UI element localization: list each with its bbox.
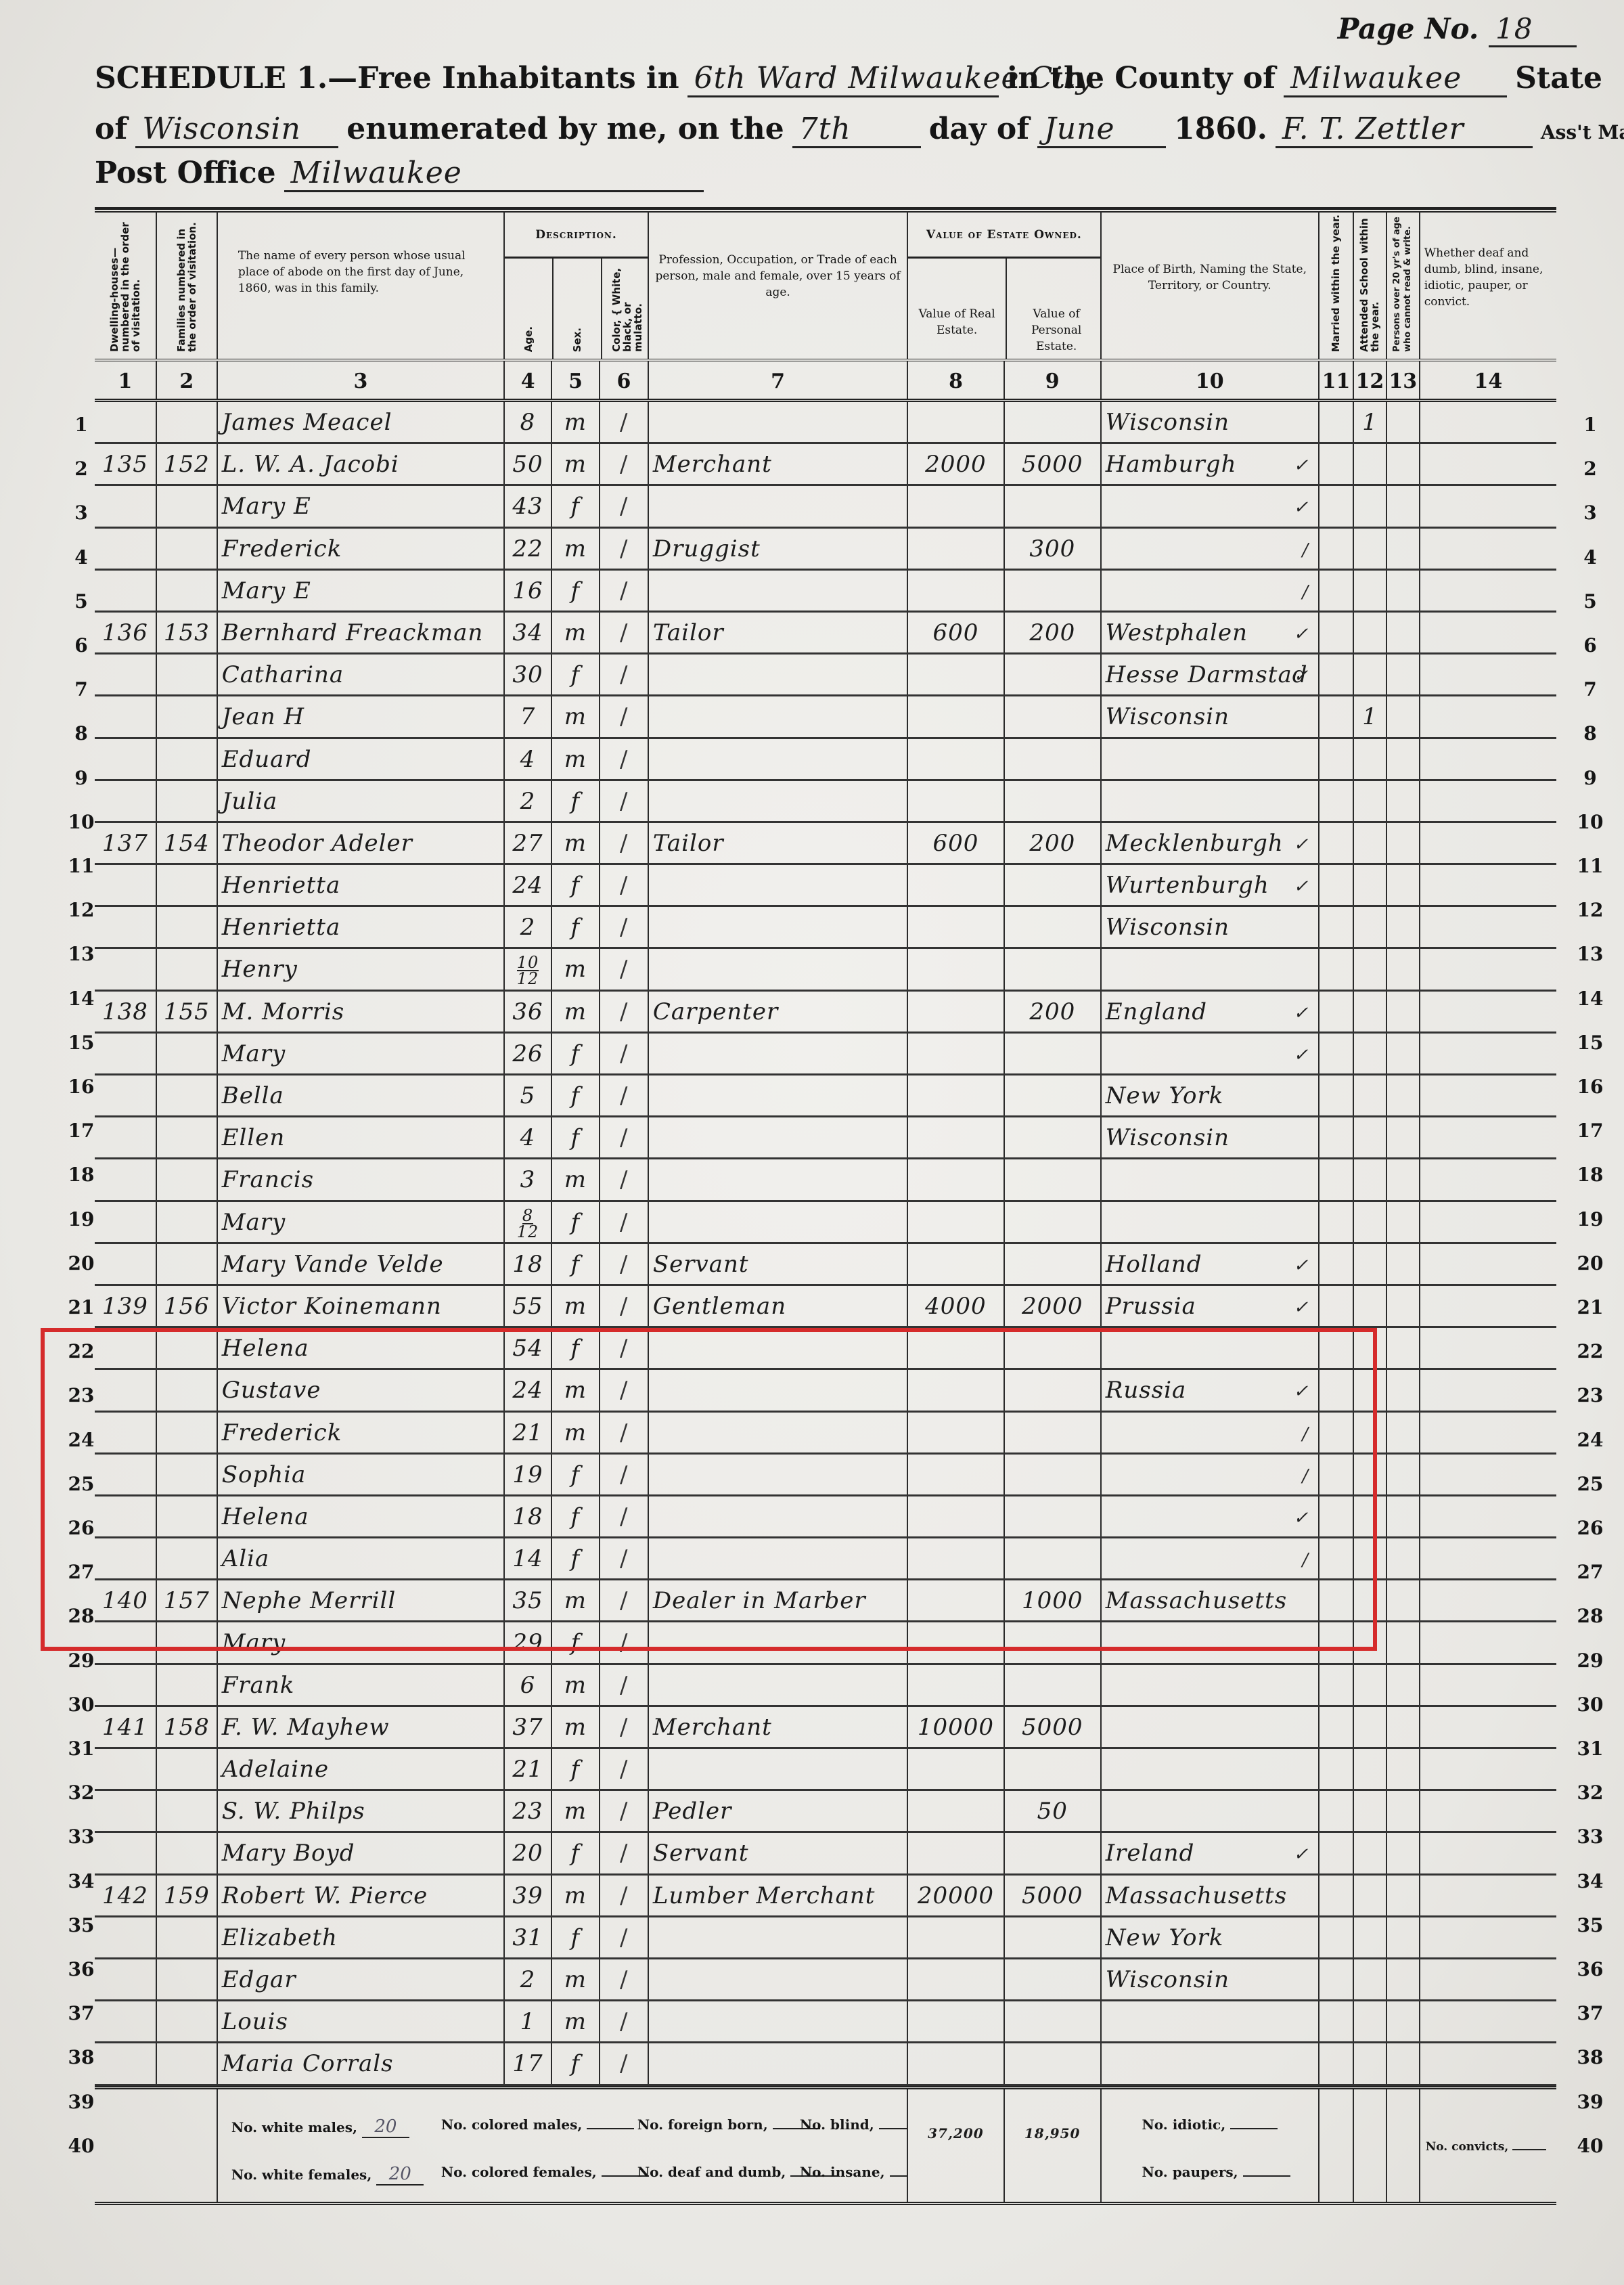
- personal-estate-value: 200: [1005, 992, 1102, 1031]
- personal-estate-value: [1005, 1455, 1102, 1494]
- married-within-year: [1319, 1917, 1354, 1957]
- checkmark-icon: ✓: [1294, 1498, 1309, 1536]
- cannot-read-write: [1387, 1876, 1420, 1915]
- col-header-1: Dwelling-houses— numbered in the order o…: [95, 211, 157, 359]
- birthplace: Mecklenburgh✓: [1102, 823, 1320, 863]
- cannot-read-write: [1387, 1117, 1420, 1157]
- color: /: [600, 1707, 649, 1747]
- tally-insane-label: No. insane,: [800, 2164, 885, 2180]
- color: /: [600, 2043, 649, 2083]
- real-estate-value: 10000: [908, 1707, 1005, 1747]
- cannot-read-write: [1387, 1665, 1420, 1705]
- line-number: 2: [1570, 458, 1610, 480]
- cannot-read-write: [1387, 1833, 1420, 1873]
- line-number: 7: [1570, 678, 1610, 701]
- line-number: 31: [61, 1737, 101, 1760]
- married-within-year: [1319, 949, 1354, 989]
- family-number: 158: [157, 1707, 218, 1747]
- column-number: 4: [505, 361, 552, 399]
- disability: [1420, 949, 1556, 989]
- col-header-5: Sex.: [554, 259, 602, 359]
- col-header-8: Value of Real Estate.: [908, 259, 1007, 359]
- disability: [1420, 1328, 1556, 1368]
- family-number: [157, 1034, 218, 1073]
- disability: [1420, 992, 1556, 1031]
- occupation: [649, 1455, 908, 1494]
- attended-school: [1354, 865, 1387, 905]
- col-header-3: The name of every person whose usual pla…: [218, 211, 505, 359]
- sex: f: [552, 1202, 600, 1242]
- tally-white-females: No. white females, 20: [231, 2164, 424, 2186]
- birthplace: [1102, 2001, 1320, 2041]
- color: /: [600, 781, 649, 821]
- cannot-read-write: [1387, 865, 1420, 905]
- dwelling-number: [95, 696, 157, 736]
- line-number: 12: [1570, 899, 1610, 921]
- color: /: [600, 1791, 649, 1831]
- line-number: 32: [1570, 1781, 1610, 1804]
- personal-estate-value: [1005, 1959, 1102, 1999]
- age: 27: [505, 823, 552, 863]
- age: 24: [505, 1370, 552, 1410]
- tally-deaf-dumb-label: No. deaf and dumb,: [637, 2164, 786, 2180]
- col-header-10: Place of Birth, Naming the State, Territ…: [1102, 211, 1320, 359]
- checkmark-icon: ✓: [1294, 445, 1309, 484]
- real-estate-value: 600: [908, 823, 1005, 863]
- sex: f: [552, 1622, 600, 1662]
- personal-estate-value: [1005, 1665, 1102, 1705]
- attended-school: [1354, 1159, 1387, 1199]
- disability: [1420, 1244, 1556, 1284]
- personal-estate-value: 1000: [1005, 1580, 1102, 1620]
- color: /: [600, 1413, 649, 1452]
- sex: m: [552, 1286, 600, 1326]
- disability: [1420, 1413, 1556, 1452]
- birthplace: Wurtenburgh✓: [1102, 865, 1320, 905]
- real-estate-value: [908, 1665, 1005, 1705]
- age: 35: [505, 1580, 552, 1620]
- age: 812: [505, 1202, 552, 1242]
- birthplace: /: [1102, 1538, 1320, 1578]
- dwelling-number: [95, 1455, 157, 1494]
- county-value: Milwaukee: [1284, 61, 1507, 97]
- cannot-read-write: [1387, 1580, 1420, 1620]
- family-number: [157, 486, 218, 526]
- table-row: 138155M. Morris36m/Carpenter200England✓: [95, 992, 1556, 1034]
- footer-col-11: [1319, 2089, 1354, 2202]
- table-row: Mary Vande Velde18f/ServantHolland✓: [95, 1244, 1556, 1286]
- line-number: 37: [1570, 2002, 1610, 2024]
- line-number: 23: [1570, 1384, 1610, 1406]
- disability: [1420, 739, 1556, 779]
- disability: [1420, 2001, 1556, 2041]
- color: /: [600, 907, 649, 947]
- tally-blind-label: No. blind,: [800, 2116, 874, 2133]
- married-within-year: [1319, 2043, 1354, 2083]
- occupation: [649, 696, 908, 736]
- tally-colored-females: No. colored females,: [441, 2164, 649, 2180]
- birthplace: Massachusetts: [1102, 1580, 1320, 1620]
- attended-school: [1354, 1791, 1387, 1831]
- attended-school: [1354, 1328, 1387, 1368]
- census-page: Page No. 18 SCHEDULE 1.—Free Inhabitants…: [0, 0, 1624, 2285]
- sex: f: [552, 1244, 600, 1284]
- person-name: Victor Koinemann: [218, 1286, 505, 1326]
- married-within-year: [1319, 1370, 1354, 1410]
- family-number: [157, 865, 218, 905]
- table-row: S. W. Philps23m/Pedler50: [95, 1791, 1556, 1833]
- person-name: Alia: [218, 1538, 505, 1578]
- age-fraction: 1012: [517, 955, 539, 986]
- person-name: Helena: [218, 1328, 505, 1368]
- line-number: 11: [61, 855, 101, 877]
- married-within-year: [1319, 1244, 1354, 1284]
- sex: m: [552, 1413, 600, 1452]
- personal-estate-value: 5000: [1005, 1876, 1102, 1915]
- family-number: [157, 1791, 218, 1831]
- real-estate-value: [908, 992, 1005, 1031]
- occupation: [649, 655, 908, 694]
- color: /: [600, 613, 649, 652]
- age: 1012: [505, 949, 552, 989]
- table-row: 136153Bernhard Freackman34m/Tailor600200…: [95, 613, 1556, 655]
- family-number: [157, 1159, 218, 1199]
- cannot-read-write: [1387, 992, 1420, 1031]
- table-row: Frederick21m//: [95, 1413, 1556, 1455]
- family-number: 154: [157, 823, 218, 863]
- color: /: [600, 1622, 649, 1662]
- dwelling-number: [95, 865, 157, 905]
- line-number: 35: [1570, 1914, 1610, 1936]
- table-row: Alia14f//: [95, 1538, 1556, 1580]
- column-number: 12: [1354, 361, 1387, 399]
- color: /: [600, 1328, 649, 1368]
- personal-estate-value: [1005, 696, 1102, 736]
- color: /: [600, 1370, 649, 1410]
- color: /: [600, 655, 649, 694]
- family-number: [157, 529, 218, 569]
- disability: [1420, 1496, 1556, 1536]
- dwelling-number: [95, 402, 157, 442]
- married-within-year: [1319, 1413, 1354, 1452]
- color: /: [600, 1244, 649, 1284]
- disability: [1420, 1959, 1556, 1999]
- birthplace: Wisconsin: [1102, 402, 1320, 442]
- personal-estate-value: [1005, 1413, 1102, 1452]
- disability: [1420, 529, 1556, 569]
- column-number: 7: [649, 361, 908, 399]
- person-name: Robert W. Pierce: [218, 1876, 505, 1915]
- family-number: [157, 1202, 218, 1242]
- page-number: Page No. 18: [1338, 12, 1577, 47]
- line-number: 8: [61, 722, 101, 745]
- cannot-read-write: [1387, 907, 1420, 947]
- checkmark-icon: ✓: [1294, 487, 1309, 526]
- tally-convicts-value: [1512, 2149, 1546, 2150]
- line-number: 39: [61, 2091, 101, 2113]
- birthplace: /: [1102, 529, 1320, 569]
- checkmark-icon: ✓: [1294, 1287, 1309, 1326]
- personal-estate-value: 50: [1005, 1791, 1102, 1831]
- age: 1: [505, 2001, 552, 2041]
- color: /: [600, 1286, 649, 1326]
- personal-estate-value: [1005, 781, 1102, 821]
- disability: [1420, 655, 1556, 694]
- col-header-11-text: Married within the year.: [1330, 215, 1341, 352]
- column-number-text: 12: [1354, 361, 1386, 399]
- sex: f: [552, 1455, 600, 1494]
- line-number: 9: [61, 767, 101, 789]
- color: /: [600, 444, 649, 484]
- attended-school: [1354, 1034, 1387, 1073]
- table-row: 139156Victor Koinemann55m/Gentleman40002…: [95, 1286, 1556, 1328]
- disability: [1420, 1117, 1556, 1157]
- cannot-read-write: [1387, 781, 1420, 821]
- tally-paupers-value: [1243, 2175, 1290, 2177]
- col-header-2: Families numbered in the order of visita…: [157, 211, 218, 359]
- table-row: Julia2f/: [95, 781, 1556, 823]
- cannot-read-write: [1387, 823, 1420, 863]
- col-header-9: Value of Personal Estate.: [1007, 259, 1101, 359]
- cannot-read-write: [1387, 2001, 1420, 2041]
- sex: m: [552, 1707, 600, 1747]
- line-number: 35: [61, 1914, 101, 1936]
- real-estate-value: [908, 1202, 1005, 1242]
- table-row: Jean H7m/Wisconsin1: [95, 696, 1556, 738]
- real-estate-value: [908, 1075, 1005, 1115]
- family-number: 153: [157, 613, 218, 652]
- family-number: [157, 1749, 218, 1789]
- cannot-read-write: [1387, 1959, 1420, 1999]
- age: 4: [505, 739, 552, 779]
- disability: [1420, 1034, 1556, 1073]
- personal-estate-value: [1005, 1075, 1102, 1115]
- birthplace: [1102, 1328, 1320, 1368]
- person-name: Maria Corrals: [218, 2043, 505, 2083]
- sex: f: [552, 1538, 600, 1578]
- married-within-year: [1319, 1117, 1354, 1157]
- line-number: 33: [1570, 1825, 1610, 1848]
- family-number: 157: [157, 1580, 218, 1620]
- age: 3: [505, 1159, 552, 1199]
- table-row: 137154Theodor Adeler27m/Tailor600200Meck…: [95, 823, 1556, 865]
- dwelling-number: 142: [95, 1876, 157, 1915]
- col-header-2-text: Families numbered in the order of visita…: [176, 211, 198, 352]
- birthplace: Westphalen✓: [1102, 613, 1320, 652]
- married-within-year: [1319, 1538, 1354, 1578]
- sex: f: [552, 486, 600, 526]
- disability: [1420, 1917, 1556, 1957]
- disability: [1420, 1791, 1556, 1831]
- family-number: [157, 2043, 218, 2083]
- person-name: Frederick: [218, 1413, 505, 1452]
- personal-estate-value: [1005, 571, 1102, 611]
- dwelling-number: [95, 907, 157, 947]
- table-row: Mary29f/: [95, 1622, 1556, 1664]
- line-number: 16: [1570, 1075, 1610, 1098]
- person-name: Frederick: [218, 529, 505, 569]
- married-within-year: [1319, 865, 1354, 905]
- column-number: 13: [1387, 361, 1420, 399]
- married-within-year: [1319, 613, 1354, 652]
- line-number: 5: [1570, 590, 1610, 613]
- person-name: Francis: [218, 1159, 505, 1199]
- personal-estate-value: [1005, 1117, 1102, 1157]
- married-within-year: [1319, 1034, 1354, 1073]
- real-estate-total: 37,200: [908, 2089, 1005, 2202]
- line-number: 27: [61, 1561, 101, 1583]
- birthplace: Holland✓: [1102, 1244, 1320, 1284]
- personal-estate-value: [1005, 1202, 1102, 1242]
- personal-estate-value: [1005, 2043, 1102, 2083]
- column-number: 14: [1420, 361, 1556, 399]
- real-estate-value: 600: [908, 613, 1005, 652]
- occupation: Servant: [649, 1244, 908, 1284]
- line-number: 24: [61, 1429, 101, 1451]
- real-estate-value: [908, 1959, 1005, 1999]
- line-number: 25: [1570, 1473, 1610, 1495]
- attended-school: [1354, 1917, 1387, 1957]
- table-row: Helena18f/✓: [95, 1496, 1556, 1538]
- sex: m: [552, 992, 600, 1031]
- line-number: 5: [61, 590, 101, 613]
- line-number: 1: [61, 414, 101, 436]
- dwelling-number: [95, 1622, 157, 1662]
- state-label: State: [1515, 61, 1602, 95]
- age: 50: [505, 444, 552, 484]
- col-header-4-text: Age.: [523, 326, 534, 352]
- col-header-7-text: Profession, Occupation, or Trade of each…: [649, 211, 907, 303]
- birthplace: [1102, 1202, 1320, 1242]
- line-number: 10: [1570, 811, 1610, 833]
- sex: f: [552, 781, 600, 821]
- cannot-read-write: [1387, 1749, 1420, 1789]
- sex: f: [552, 1496, 600, 1536]
- birthplace: Ireland✓: [1102, 1833, 1320, 1873]
- line-number: 19: [61, 1208, 101, 1230]
- tally-colored-males-label: No. colored males,: [441, 2116, 583, 2133]
- personal-estate-value: [1005, 2001, 1102, 2041]
- occupation: [649, 2043, 908, 2083]
- table-row: Gustave24m/Russia✓: [95, 1370, 1556, 1412]
- month-value: June: [1037, 112, 1166, 148]
- dwelling-number: [95, 1496, 157, 1536]
- sex: f: [552, 1917, 600, 1957]
- real-estate-value: [908, 1791, 1005, 1831]
- line-number: 15: [61, 1031, 101, 1054]
- dwelling-number: [95, 1034, 157, 1073]
- age: 22: [505, 529, 552, 569]
- age: 29: [505, 1622, 552, 1662]
- color: /: [600, 486, 649, 526]
- column-number: 3: [218, 361, 505, 399]
- age: 7: [505, 696, 552, 736]
- married-within-year: [1319, 1496, 1354, 1536]
- personal-estate-value: [1005, 1370, 1102, 1410]
- person-name: Theodor Adeler: [218, 823, 505, 863]
- tally-convicts-label: No. convicts,: [1426, 2140, 1509, 2154]
- married-within-year: [1319, 2001, 1354, 2041]
- disability: [1420, 2043, 1556, 2083]
- dwelling-number: [95, 1117, 157, 1157]
- person-name: Frank: [218, 1665, 505, 1705]
- family-number: [157, 1622, 218, 1662]
- occupation: [649, 739, 908, 779]
- checkmark-icon: ✓: [1294, 1834, 1309, 1873]
- of-label: of: [95, 112, 127, 146]
- person-name: Elizabeth: [218, 1917, 505, 1957]
- cannot-read-write: [1387, 1707, 1420, 1747]
- sex: f: [552, 865, 600, 905]
- line-number: 40: [61, 2135, 101, 2157]
- dwelling-number: 140: [95, 1580, 157, 1620]
- person-name: L. W. A. Jacobi: [218, 444, 505, 484]
- table-row: Louis1m/: [95, 2001, 1556, 2043]
- family-number: [157, 1075, 218, 1115]
- attended-school: [1354, 655, 1387, 694]
- line-number: 16: [61, 1075, 101, 1098]
- column-number-text: 10: [1102, 361, 1318, 399]
- line-number: 27: [1570, 1561, 1610, 1583]
- family-number: 159: [157, 1876, 218, 1915]
- table-row: Mary812f/: [95, 1202, 1556, 1244]
- age: 24: [505, 865, 552, 905]
- birthplace: Prussia✓: [1102, 1286, 1320, 1326]
- tally-colored-females-label: No. colored females,: [441, 2164, 597, 2180]
- sex: f: [552, 1034, 600, 1073]
- attended-school: 1: [1354, 402, 1387, 442]
- line-number: 38: [61, 2046, 101, 2068]
- birthplace: /: [1102, 1413, 1320, 1452]
- footer-tallies: No. white males, 20 No. white females, 2…: [218, 2089, 908, 2202]
- married-within-year: [1319, 1959, 1354, 1999]
- attended-school: [1354, 1202, 1387, 1242]
- birthplace: Massachusetts: [1102, 1876, 1320, 1915]
- tally-paupers-label: No. paupers,: [1142, 2164, 1238, 2180]
- age: 19: [505, 1455, 552, 1494]
- column-number-text: 1: [95, 361, 156, 399]
- color: /: [600, 1496, 649, 1536]
- estate-group-label: Value of Estate Owned.: [908, 211, 1100, 259]
- cannot-read-write: [1387, 1413, 1420, 1452]
- occupation: [649, 1034, 908, 1073]
- color: /: [600, 1665, 649, 1705]
- line-number: 4: [1570, 546, 1610, 569]
- enumerated-label: enumerated by me, on the: [346, 112, 784, 146]
- cannot-read-write: [1387, 655, 1420, 694]
- person-name: M. Morris: [218, 992, 505, 1031]
- tally-white-males: No. white males, 20: [231, 2116, 409, 2138]
- cannot-read-write: [1387, 1328, 1420, 1368]
- attended-school: [1354, 1496, 1387, 1536]
- dwelling-number: [95, 1413, 157, 1452]
- color: /: [600, 1075, 649, 1115]
- real-estate-value: [908, 865, 1005, 905]
- person-name: Julia: [218, 781, 505, 821]
- line-number: 34: [1570, 1870, 1610, 1892]
- checkmark-icon: /: [1303, 1414, 1309, 1452]
- attended-school: [1354, 1833, 1387, 1873]
- attended-school: [1354, 1622, 1387, 1662]
- person-name: Sophia: [218, 1455, 505, 1494]
- dwelling-number: [95, 486, 157, 526]
- attended-school: [1354, 613, 1387, 652]
- real-estate-value: [908, 1496, 1005, 1536]
- table-row: Mary26f/✓: [95, 1034, 1556, 1075]
- person-name: Mary: [218, 1622, 505, 1662]
- line-number: 9: [1570, 767, 1610, 789]
- tally-idiotic-label: No. idiotic,: [1142, 2116, 1226, 2133]
